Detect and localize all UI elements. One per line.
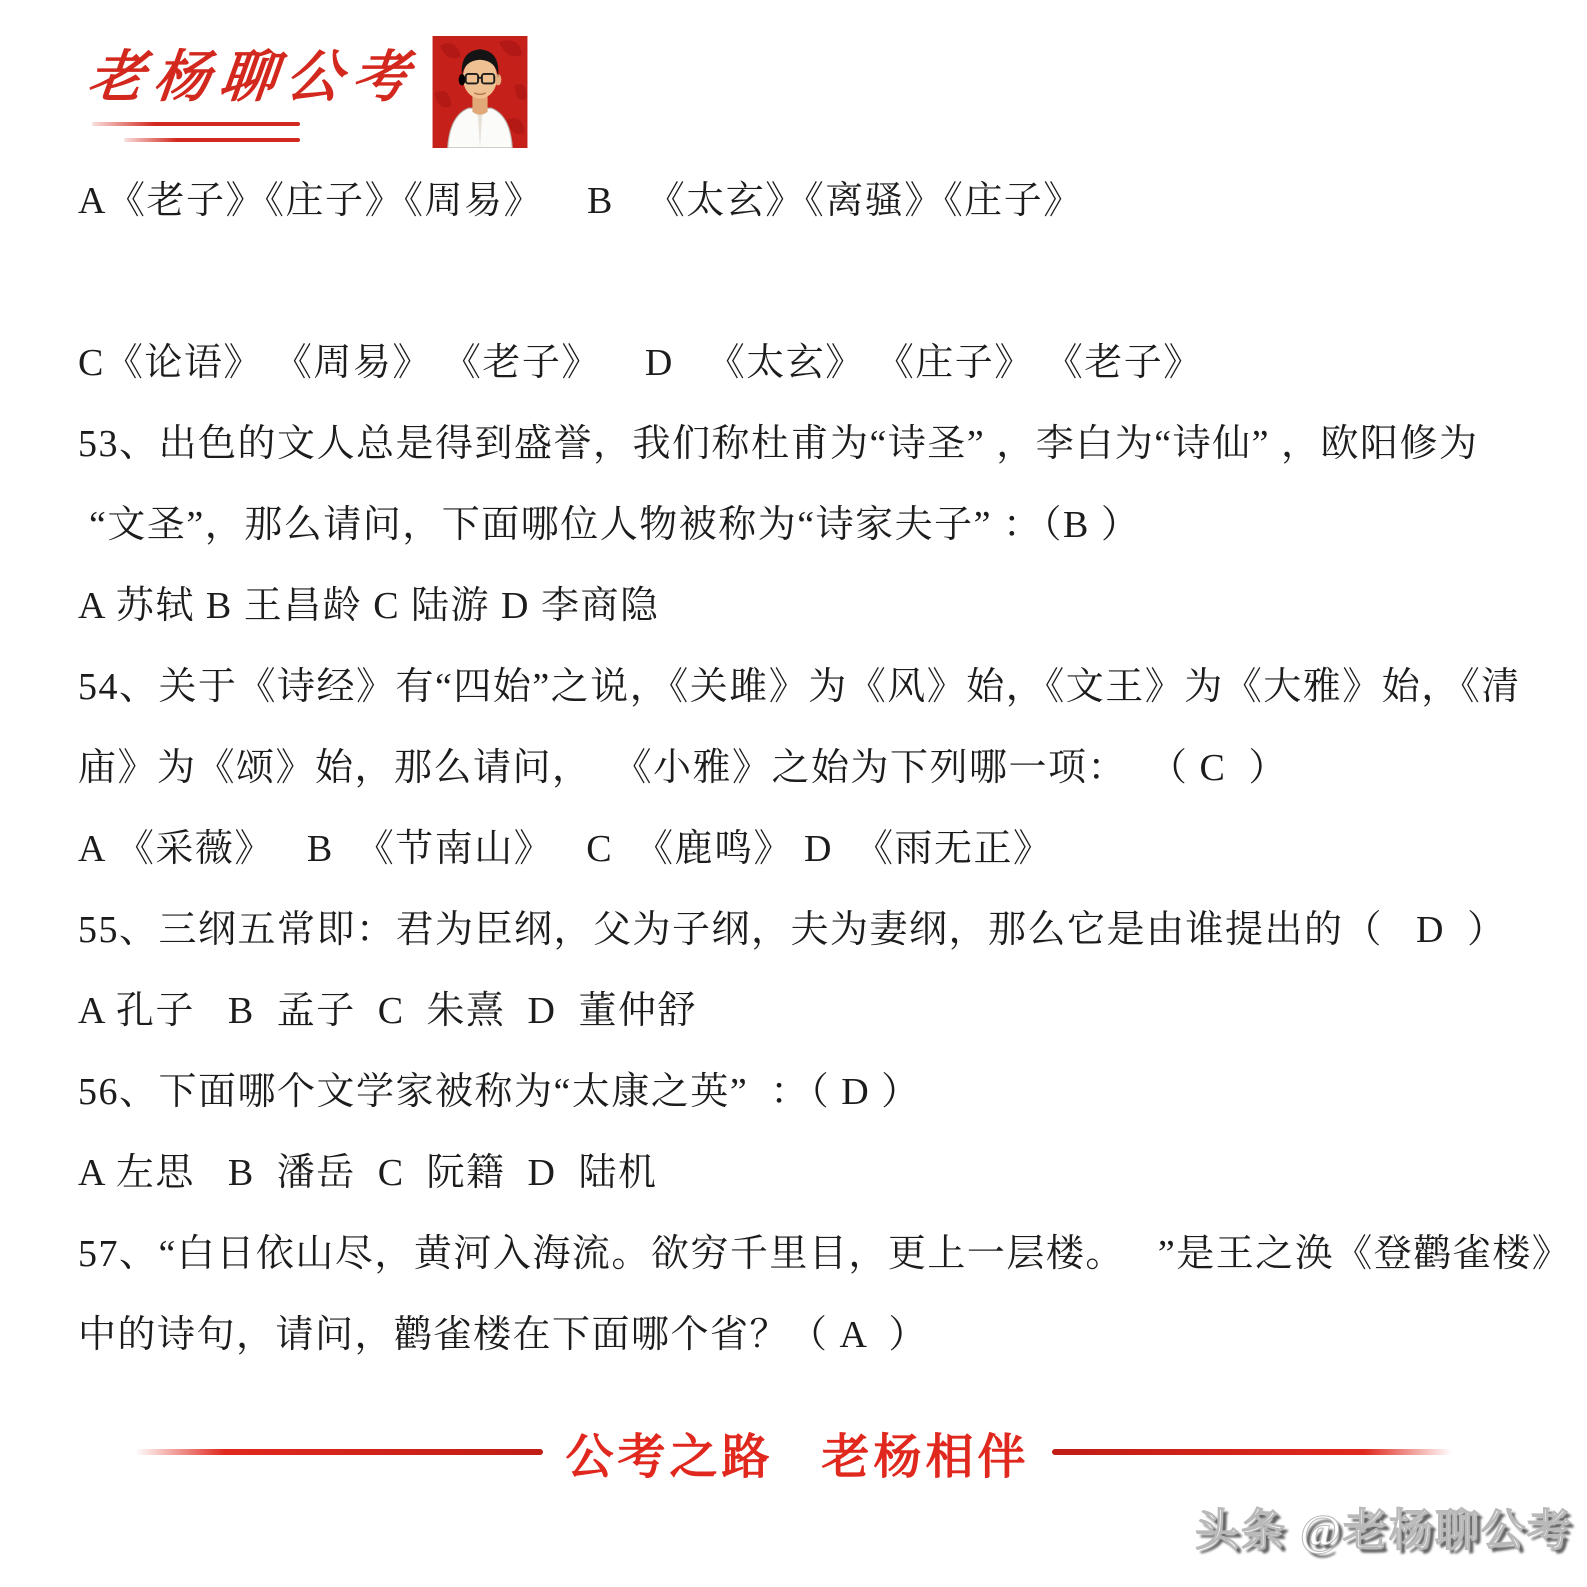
- brand-avatar-icon: [432, 36, 528, 148]
- question-53-line-1: 53、出色的文人总是得到盛誉，我们称杜甫为“诗圣” ，李白为“诗仙” ，欧阳修为: [78, 399, 1559, 480]
- footer-banner: 公考之路 老杨相伴: [0, 1422, 1587, 1482]
- brand-logo-text: 老杨聊公考: [85, 50, 421, 106]
- question-56-line: 56、下面哪个文学家被称为“太康之英” ：（ D ）: [78, 1047, 1559, 1128]
- question-53-line-2: “文圣”，那么请问，下面哪位人物被称为“诗家夫子” ：（B ）: [78, 480, 1559, 561]
- question-57-line-2: 中的诗句，请问，鹳雀楼在下面哪个省？（ A ）: [78, 1290, 1559, 1371]
- toutiao-watermark: 头条 @老杨聊公考: [1195, 1494, 1573, 1558]
- question-54-line-2: 庙》为《颂》始，那么请问， 《小雅》之始为下列哪一项： （ C ）: [78, 723, 1559, 804]
- brand-underline-bottom: [124, 138, 300, 142]
- footer-divider-left: [135, 1449, 543, 1455]
- footer-slogan: 公考之路 老杨相伴: [565, 1418, 1029, 1487]
- question-list: A《老子》《庄子》《周易》 B 《太玄》《离骚》《庄子》 C《论语》 《周易》 …: [78, 156, 1559, 1371]
- brand-text-block: 老杨聊公考: [88, 36, 418, 142]
- question-53-options: A 苏轼 B 王昌龄 C 陆游 D 李商隐: [78, 561, 1559, 642]
- brand-header: 老杨聊公考: [88, 36, 528, 148]
- question-54-line-1: 54、关于《诗经》有“四始”之说，《关雎》为《风》始，《文王》为《大雅》始，《清: [78, 642, 1559, 723]
- brand-underline-top: [92, 122, 300, 126]
- question-57-line-1: 57、“白日依山尽，黄河入海流。欲穷千里目，更上一层楼。 ”是王之涣《登鹳雀楼》: [78, 1209, 1559, 1290]
- question-56-options: A 左思 B 潘岳 C 阮籍 D 陆机: [78, 1128, 1559, 1209]
- footer-divider-right: [1052, 1449, 1452, 1455]
- question-55-options: A 孔子 B 孟子 C 朱熹 D 董仲舒: [78, 966, 1559, 1047]
- question-54-options: A 《采薇》 B 《节南山》 C 《鹿鸣》 D 《雨无正》: [78, 804, 1559, 885]
- question-55-line: 55、三纲五常即：君为臣纲，父为子纲，夫为妻纲，那么它是由谁提出的（ D ）: [78, 885, 1559, 966]
- option-line-ab-q52: A《老子》《庄子》《周易》 B 《太玄》《离骚》《庄子》: [78, 156, 1559, 237]
- option-line-cd-q52: C《论语》 《周易》 《老子》 D 《太玄》 《庄子》 《老子》: [78, 318, 1559, 399]
- blank-line: [78, 237, 1559, 318]
